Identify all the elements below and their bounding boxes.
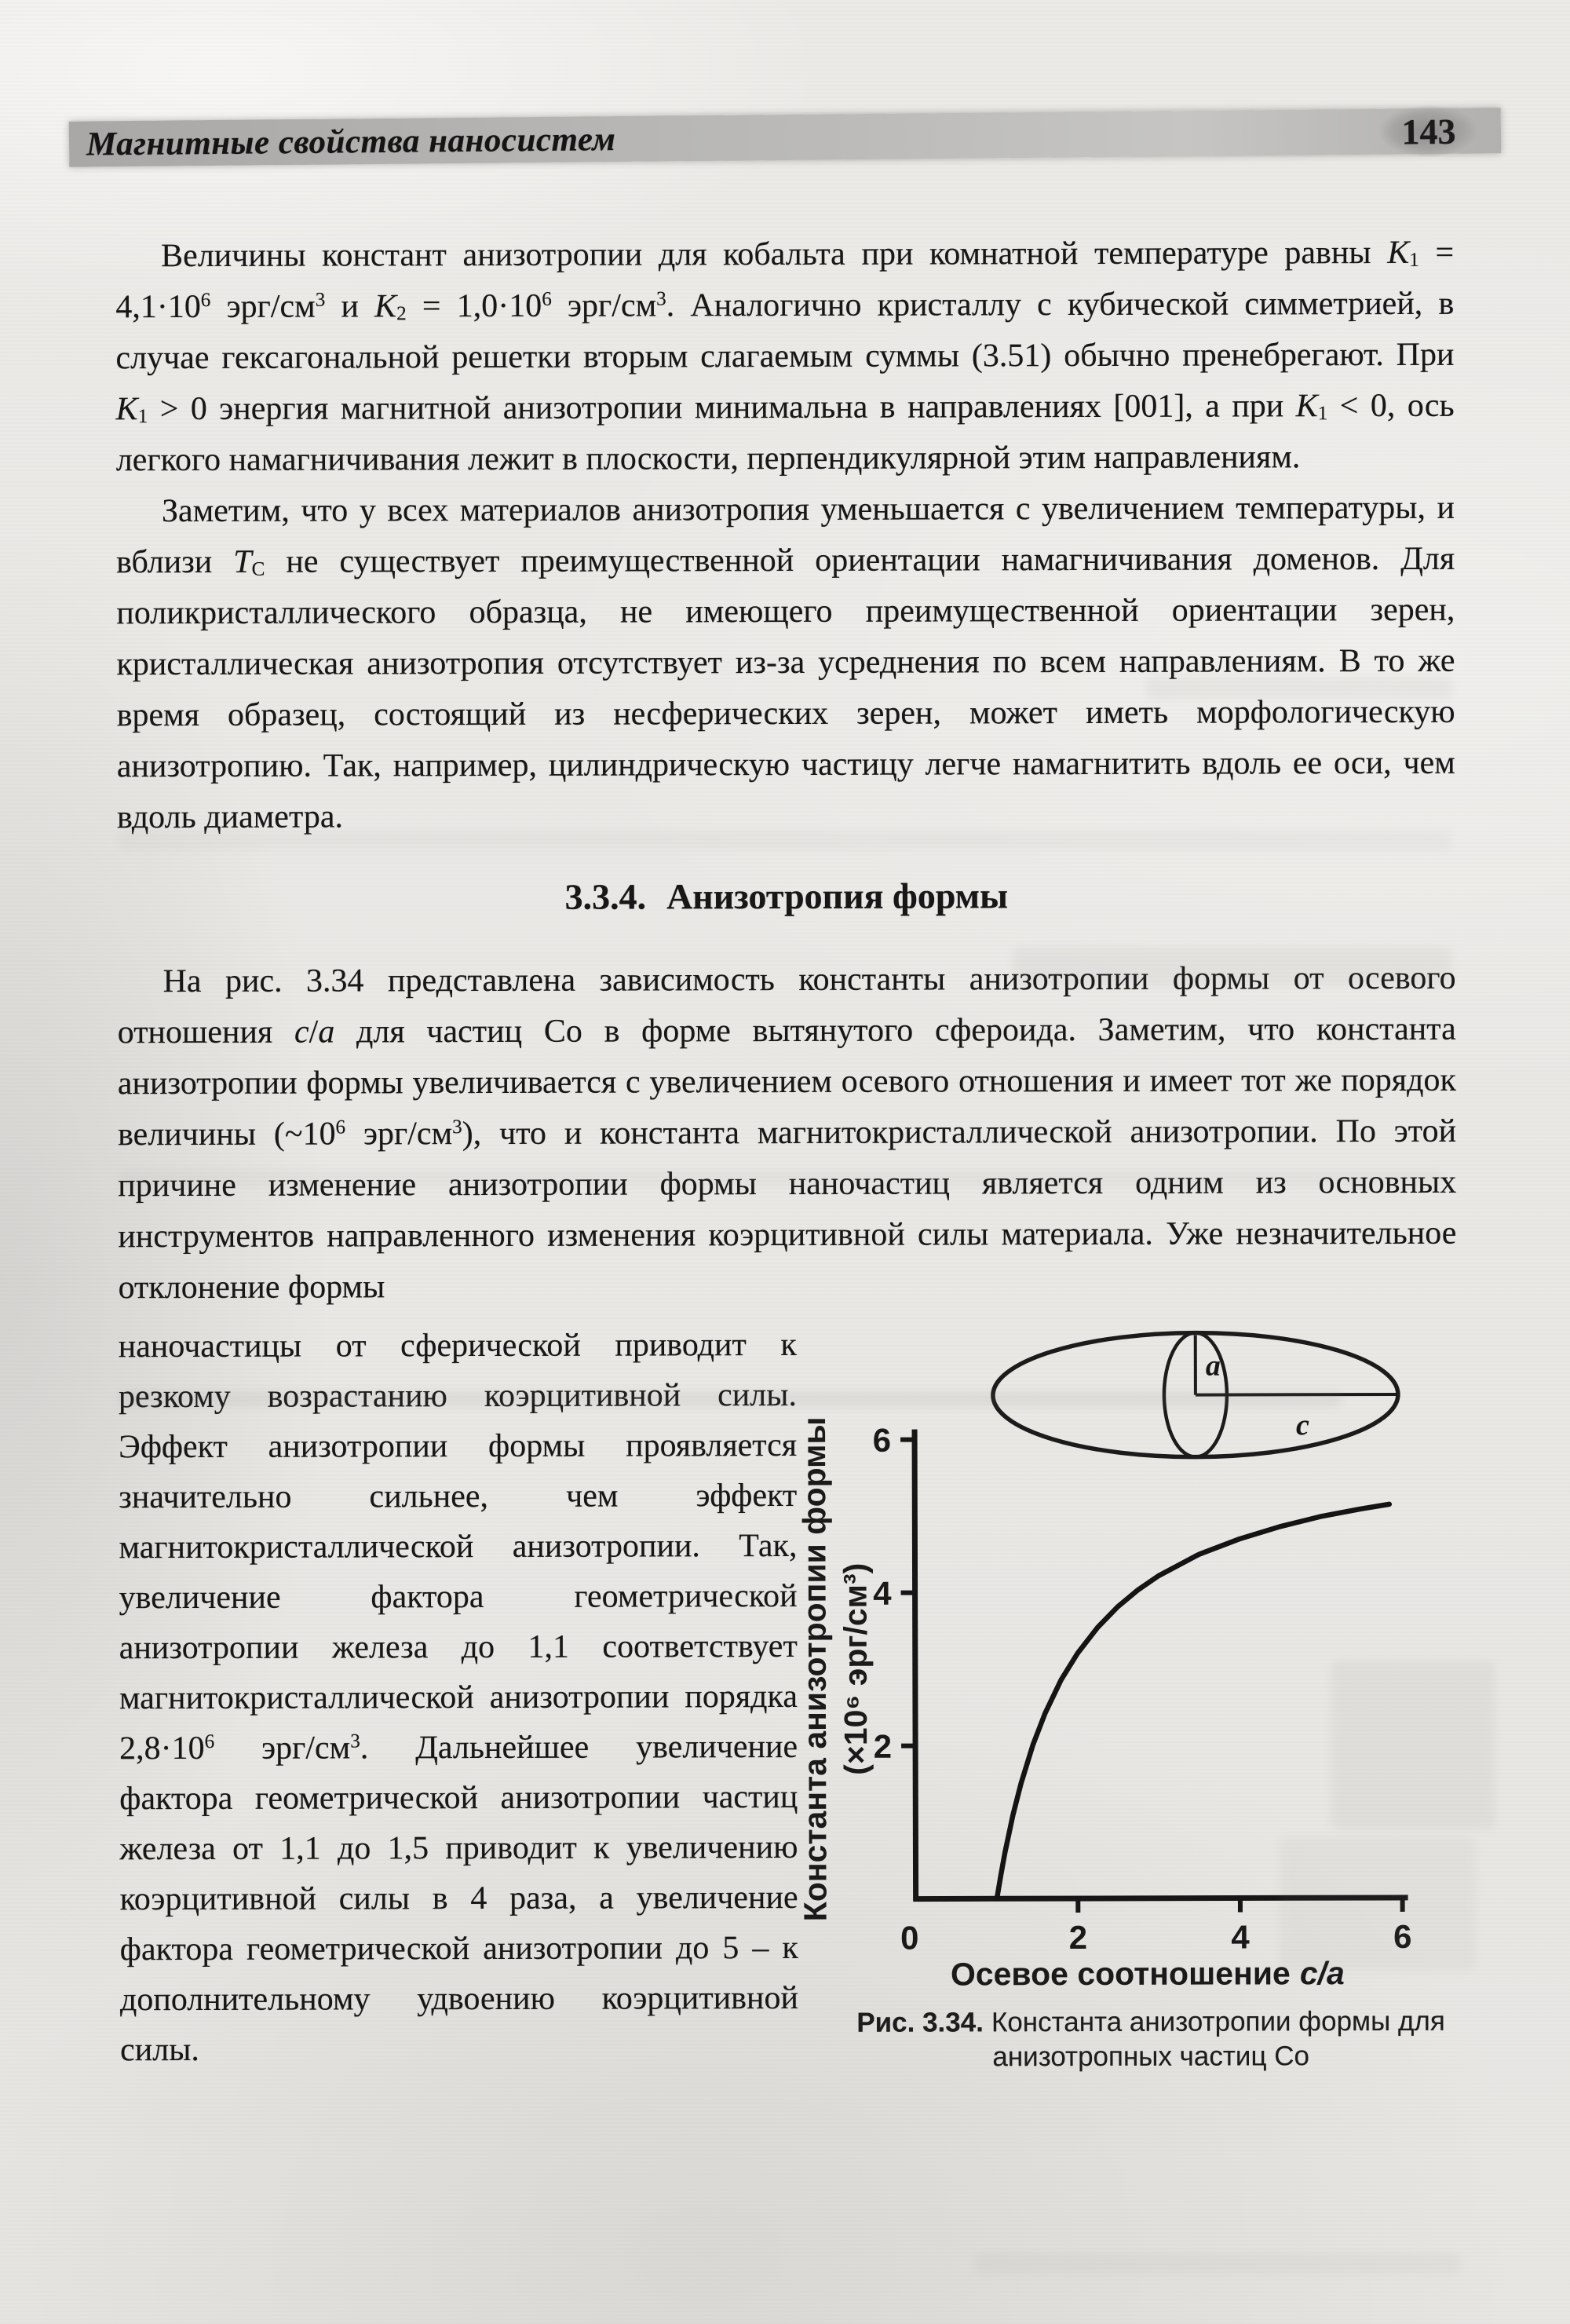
wrapped-text-column: наночастицы от сферической приводит к ре… xyxy=(119,1320,799,2075)
paragraph-shape-anisotropy-continued: наночастицы от сферической приводит к ре… xyxy=(119,1320,799,2075)
chart-axes xyxy=(912,1428,1408,1902)
x-axis-line xyxy=(914,1898,1408,1899)
paragraph-temperature-anisotropy: Заметим, что у всех материалов анизотроп… xyxy=(116,483,1455,843)
y-tick-label: 2 xyxy=(874,1728,892,1765)
chapter-title: Магнитные свойства наносистем xyxy=(69,120,616,164)
section-heading: 3.3.4.Анизотропия формы xyxy=(117,873,1455,920)
page-number: 143 xyxy=(1401,110,1456,152)
x-axis-ticks: 0246 xyxy=(900,1898,1412,1957)
series-curve xyxy=(996,1504,1391,1898)
figure-3-34: a c 246 0246 Константа анизотропии формы xyxy=(797,1318,1504,2075)
x-tick-label: 4 xyxy=(1231,1918,1250,1955)
y-axis-line xyxy=(915,1430,916,1902)
paragraph-shape-anisotropy: На рис. 3.34 представлена зависимость ко… xyxy=(117,953,1456,1314)
y-axis-label-line1: Константа анизотропии формы xyxy=(797,1417,834,1922)
shape-anisotropy-chart: a c 246 0246 Константа анизотропии формы xyxy=(797,1318,1503,1995)
section-number: 3.3.4. xyxy=(564,876,646,916)
page-number-blob: 143 xyxy=(1378,105,1480,158)
y-tick-label: 4 xyxy=(873,1575,892,1612)
section-title: Анизотропия формы xyxy=(666,875,1008,916)
x-tick-label: 0 xyxy=(900,1920,918,1957)
x-tick-label: 2 xyxy=(1069,1919,1087,1956)
x-axis-label: Осевое соотношениеc/a xyxy=(951,1955,1345,1992)
semi-major-axis-label: c xyxy=(1296,1409,1309,1442)
anisotropy-curve xyxy=(996,1504,1391,1898)
figure-caption-text: Константа анизотропии формы для анизотро… xyxy=(991,2006,1445,2073)
page-body: Величины констант анизотропии для кобаль… xyxy=(0,158,1570,2077)
semi-major-axis-line xyxy=(1196,1394,1397,1395)
semi-minor-axis-label: a xyxy=(1206,1350,1221,1383)
paragraph-anisotropy-constants: Величины констант анизотропии для кобаль… xyxy=(115,228,1455,486)
x-axis-label-text: Осевое соотношение xyxy=(951,1955,1291,1992)
y-axis-label: Константа анизотропии формы (×10⁶ эрг/см… xyxy=(797,1416,874,1921)
y-axis-ticks: 246 xyxy=(873,1422,916,1765)
ghost-artifact xyxy=(973,2253,1460,2274)
spheroid-diagram: a c xyxy=(993,1332,1398,1457)
x-tick-label: 6 xyxy=(1393,1918,1411,1955)
x-axis-label-variable: c/a xyxy=(1300,1955,1345,1991)
y-axis-label-line2: (×10⁶ эрг/см³) xyxy=(837,1563,874,1775)
figure-caption: Рис. 3.34.Константа анизотропии формы дл… xyxy=(837,2004,1465,2075)
text-figure-row: наночастицы от сферической приводит к ре… xyxy=(119,1318,1504,2077)
figure-caption-number: Рис. 3.34. xyxy=(856,2007,984,2037)
y-tick-label: 6 xyxy=(873,1422,891,1459)
scanned-book-page: Магнитные свойства наносистем 143 Величи… xyxy=(0,0,1570,2324)
